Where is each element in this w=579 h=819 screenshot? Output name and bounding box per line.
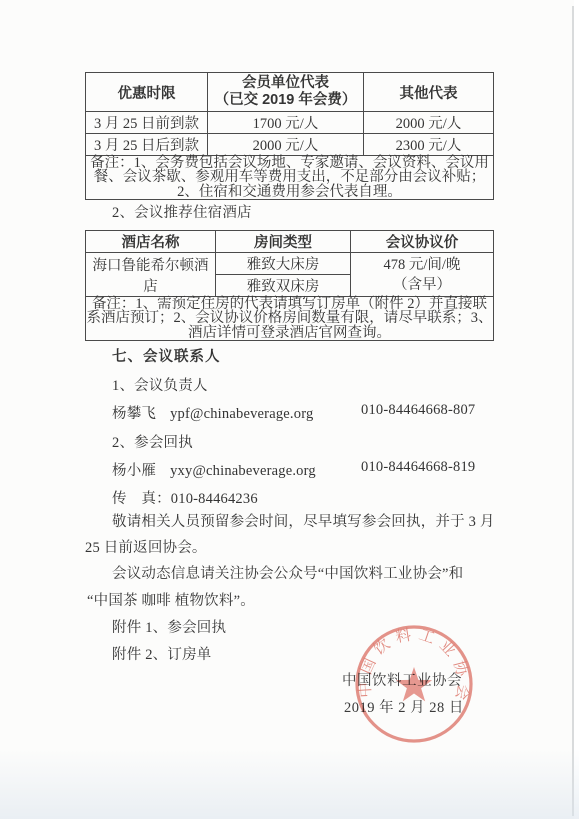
receipt-email: yxy@chinabeverage.org: [170, 463, 316, 479]
wechat-paragraph-line2: “中国茶 咖啡 植物饮料”。: [85, 589, 497, 610]
reminder-paragraph-line1: 敬请相关人员预留参会时间，尽早填写参会回执，并于 3 月: [85, 510, 497, 531]
leader-contact-row: 杨攀飞ypf@chinabeverage.org 010-84464668-80…: [85, 402, 497, 423]
fee-table-note: 备注：1、会务费包括会议场地、专家邀请、会议资料、会议用餐、会议茶歇、参观用车等…: [86, 156, 494, 200]
receipt-phone: 010-84464668-819: [361, 459, 475, 476]
leader-label: 1、会议负责人: [85, 374, 497, 395]
fee-late-member-price: 2000 元/人: [208, 134, 364, 156]
scan-right-margin: [574, 0, 579, 819]
fee-table: 优惠时限 会员单位代表 （已交 2019 年会费） 其他代表 3 月 25 日前…: [85, 72, 494, 200]
scan-bottom-shadow: [0, 749, 579, 819]
fee-header-other: 其他代表: [364, 73, 494, 112]
fee-header-member: 会员单位代表 （已交 2019 年会费）: [208, 73, 364, 112]
hotel-note-row: 备注：1、需预定住房的代表请填写订房单（附件 2）并直接联系酒店预订；2、会议协…: [86, 297, 494, 341]
room-type-twin: 雅致双床房: [216, 275, 351, 297]
fee-row-early: 3 月 25 日前到款 1700 元/人 2000 元/人: [86, 112, 494, 134]
room-type-king: 雅致大床房: [216, 253, 351, 275]
scan-paper-edge-line: [572, 6, 574, 816]
hotel-name-cell: 海口鲁能希尔顿酒店: [86, 253, 216, 297]
leader-email: ypf@chinabeverage.org: [170, 406, 313, 422]
fee-late-time: 3 月 25 日后到款: [86, 134, 208, 156]
hotel-row-1: 海口鲁能希尔顿酒店 雅致大床房 478 元/间/晚 （含早）: [86, 253, 494, 275]
fax-line: 传 真：010-84464236: [85, 487, 497, 508]
leader-phone: 010-84464668-807: [361, 402, 475, 419]
receipt-label: 2、参会回执: [85, 431, 497, 452]
fee-early-time: 3 月 25 日前到款: [86, 112, 208, 134]
price-line2: （含早）: [351, 275, 493, 295]
receipt-name: 杨小雁: [112, 463, 156, 479]
signature-date: 2019 年 2 月 28 日: [344, 696, 464, 717]
leader-name: 杨攀飞: [112, 406, 156, 422]
hotel-section-heading: 2、会议推荐住宿酒店: [85, 201, 497, 222]
fee-note-row: 备注：1、会务费包括会议场地、专家邀请、会议资料、会议用餐、会议茶歇、参观用车等…: [86, 156, 494, 200]
fee-row-late: 3 月 25 日后到款 2000 元/人 2300 元/人: [86, 134, 494, 156]
fee-header-member-line1: 会员单位代表: [208, 75, 363, 92]
attachment-2: 附件 2、订房单: [85, 643, 497, 664]
receipt-contact-row: 杨小雁yxy@chinabeverage.org 010-84464668-81…: [85, 459, 497, 480]
scanned-document-page: 优惠时限 会员单位代表 （已交 2019 年会费） 其他代表 3 月 25 日前…: [0, 0, 579, 819]
hotel-header-room: 房间类型: [216, 231, 351, 253]
fee-header-deadline: 优惠时限: [86, 73, 208, 112]
attachment-1: 附件 1、参会回执: [85, 616, 497, 637]
hotel-header-name: 酒店名称: [86, 231, 216, 253]
fee-early-member-price: 1700 元/人: [208, 112, 364, 134]
hotel-table: 酒店名称 房间类型 会议协议价 海口鲁能希尔顿酒店 雅致大床房 478 元/间/…: [85, 230, 494, 341]
price-cell: 478 元/间/晚 （含早）: [351, 253, 494, 297]
hotel-table-header-row: 酒店名称 房间类型 会议协议价: [86, 231, 494, 253]
fee-late-other-price: 2300 元/人: [364, 134, 494, 156]
fee-table-header-row: 优惠时限 会员单位代表 （已交 2019 年会费） 其他代表: [86, 73, 494, 112]
fee-early-other-price: 2000 元/人: [364, 112, 494, 134]
reminder-paragraph-line2: 25 日前返回协会。: [85, 536, 497, 557]
hotel-table-note: 备注：1、需预定住房的代表请填写订房单（附件 2）并直接联系酒店预订；2、会议协…: [86, 297, 494, 341]
hotel-header-price: 会议协议价: [351, 231, 494, 253]
price-line1: 478 元/间/晚: [351, 255, 493, 275]
contacts-section-heading: 七、会议联系人: [85, 345, 497, 366]
wechat-paragraph-line1: 会议动态信息请关注协会公众号“中国饮料工业协会”和: [85, 562, 497, 583]
signature-org: 中国饮料工业协会: [342, 669, 462, 690]
fee-header-member-line2: （已交 2019 年会费）: [208, 92, 363, 109]
